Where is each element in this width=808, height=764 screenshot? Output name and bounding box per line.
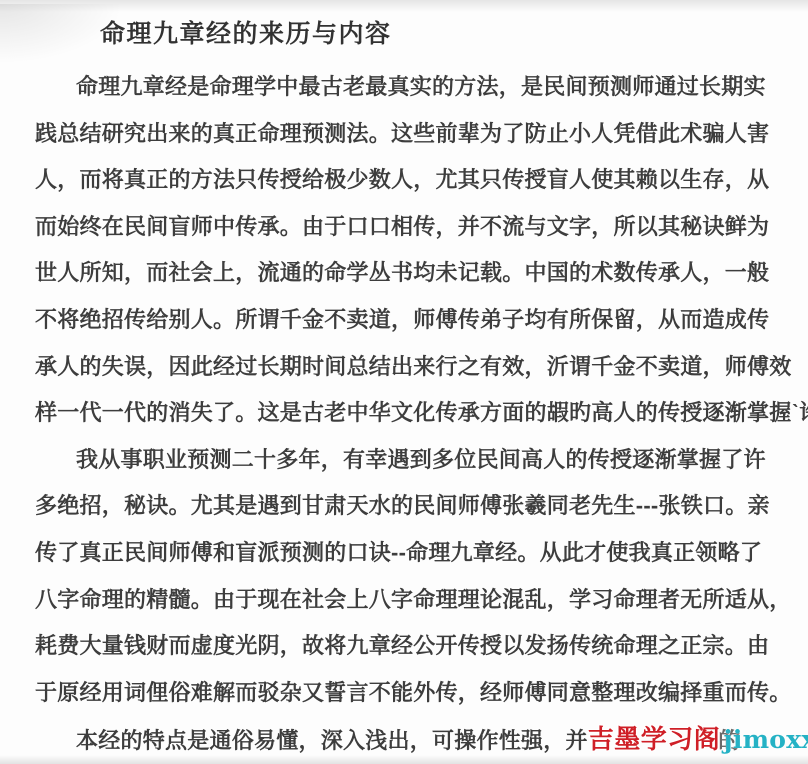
scanned-document-page: 命理九章经的来历与内容 命理九章经是命理学中最古老最真实的方法，是民间预测师通过…: [0, 0, 808, 764]
text-line-content: 而始终在民间盲师中传承。由于口口相传，并不流与文字，所以其秘诀鲜为: [35, 214, 769, 239]
text-line: 我从事职业预测二十多年，有幸遇到多位民间高人的传授逐渐掌握了许: [35, 437, 782, 484]
scan-shading-top: [0, 0, 808, 12]
text-line: 样一代一代的消失了。这是古老中华文化传承方面的嘏旳高人的传授逐渐掌握ˋ许: [35, 390, 782, 437]
text-line-content: 样一代一代的消失了。这是古老中华文化传承方面的嘏旳高人的传授逐渐掌握ˋ许: [35, 400, 808, 425]
text-line: 多绝招，秘诀。尤其是遇到甘肃天水的民间师傅张羲同老先生---张铁口。亲: [35, 483, 782, 530]
text-line: 本经的特点是通俗易懂，深入浅出，可操作性强，并吉墨学习阁的jimoxxg.com: [35, 716, 782, 763]
site-watermark: 吉墨学习阁的jimoxxg.com: [588, 728, 808, 753]
text-line: 耗费大量钱财而虚度光阴，故将九章经公开传授以发扬传统命理之正宗。由: [35, 623, 782, 670]
document-body: 命理九章经是命理学中最古老最真实的方法，是民间预测师通过长期实践总结研究出来的真…: [35, 64, 782, 763]
text-line-content: 多绝招，秘诀。尤其是遇到甘肃天水的民间师傅张羲同老先生---张铁口。亲: [35, 493, 770, 518]
text-line-content: 传了真正民间师傅和盲派预测的口诀--命理九章经。从此才使我真正领略了: [35, 540, 762, 565]
text-line-content: 人，而将真正的方法只传授给极少数人，尤其只传授盲人使其赖以生存，从: [35, 167, 769, 192]
text-line-content: 承人的失误，因此经过长期时间总结出来行之有效，沂谓千金不卖道，师傅效: [35, 354, 792, 379]
text-line-content: 践总结研究出来的真正命理预测法。这些前辈为了防止小人凭借此术骗人害: [35, 121, 769, 146]
watermark-site-domain: jimoxxg.com: [724, 725, 808, 754]
text-line-content: 于原经用词俚俗难解而驳杂又誓言不能外传，经师傅同意整理改编择重而传。: [35, 680, 792, 705]
page-title: 命理九章经的来历与内容: [100, 14, 392, 50]
text-line: 于原经用词俚俗难解而驳杂又誓言不能外传，经师傅同意整理改编择重而传。: [35, 670, 782, 717]
text-line: 命理九章经是命理学中最古老最真实的方法，是民间预测师通过长期实: [35, 64, 782, 111]
text-line: 传了真正民间师傅和盲派预测的口诀--命理九章经。从此才使我真正领略了: [35, 530, 782, 577]
text-line-content: 不将绝招传给别人。所谓千金不卖道，师傅传弟子均有所保留，从而造成传: [35, 307, 769, 332]
watermark-site-name: 吉墨学习阁: [588, 724, 721, 754]
text-line-content: 本经的特点是通俗易懂，深入浅出，可操作性强，并: [76, 728, 588, 753]
text-line: 世人所知，而社会上，流通的命学丛书均未记载。中国的术数传承人，一般: [35, 250, 782, 297]
text-line-content: 八字命理的精髓。由于现在社会上八字命理理论混乱，学习命理者无所适从，: [35, 587, 792, 612]
text-line-content: 世人所知，而社会上，流通的命学丛书均未记载。中国的术数传承人，一般: [35, 260, 769, 285]
text-line: 不将绝招传给别人。所谓千金不卖道，师傅传弟子均有所保留，从而造成传: [35, 297, 782, 344]
text-line-content: 命理九章经是命理学中最古老最真实的方法，是民间预测师通过长期实: [76, 74, 766, 99]
text-line: 而始终在民间盲师中传承。由于口口相传，并不流与文字，所以其秘诀鲜为: [35, 204, 782, 251]
text-line: 践总结研究出来的真正命理预测法。这些前辈为了防止小人凭借此术骗人害: [35, 111, 782, 158]
text-line: 八字命理的精髓。由于现在社会上八字命理理论混乱，学习命理者无所适从，: [35, 577, 782, 624]
text-line: 人，而将真正的方法只传授给极少数人，尤其只传授盲人使其赖以生存，从: [35, 157, 782, 204]
text-line-content: 耗费大量钱财而虚度光阴，故将九章经公开传授以发扬传统命理之正宗。由: [35, 633, 769, 658]
text-line: 承人的失误，因此经过长期时间总结出来行之有效，沂谓千金不卖道，师傅效: [35, 344, 782, 391]
text-line-content: 我从事职业预测二十多年，有幸遇到多位民间高人的传授逐渐掌握了许: [76, 447, 766, 472]
